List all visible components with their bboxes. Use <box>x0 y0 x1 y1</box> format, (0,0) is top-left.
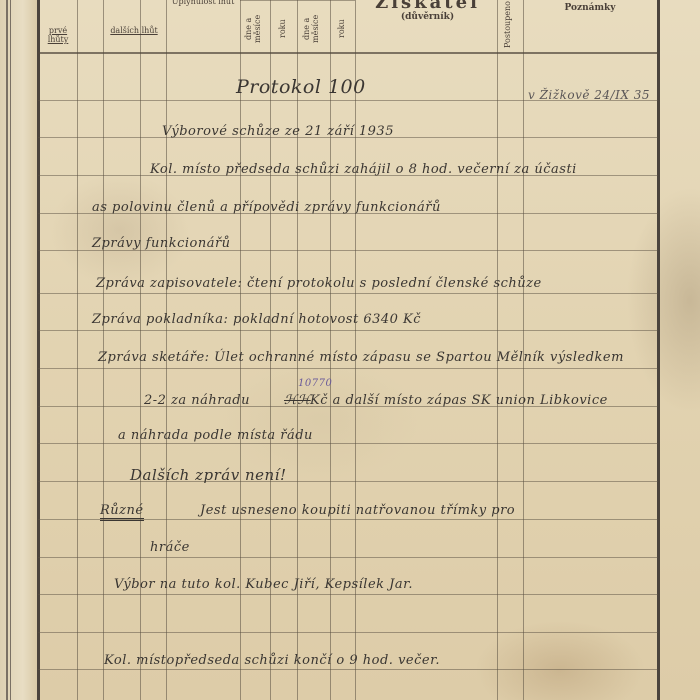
protocol-line: hráče <box>150 540 190 555</box>
column-header-uplynulost-lhut: Uplynulost lhůt <box>168 0 238 7</box>
binding-line <box>6 0 8 700</box>
binding-line <box>10 0 11 700</box>
protocol-line: Dalších zpráv není! <box>130 466 286 484</box>
protocol-line: Kol. místo předseda schůzi zahájil o 8 h… <box>150 162 577 177</box>
rule-line <box>38 669 658 670</box>
protocol-line: Zpráva zapisovatele: čtení protokolu s p… <box>96 276 542 291</box>
column-header-dne-a-mesice-1: dne a měsíce <box>244 10 266 48</box>
header-subdivider <box>240 0 355 1</box>
grid-line <box>77 0 78 700</box>
rule-line <box>38 330 658 331</box>
rule-line <box>38 632 658 633</box>
column-header-roku-1: roku <box>278 14 290 44</box>
protocol-line: Výbor na tuto kol. Kubec Jiří, Kepsílek … <box>114 577 413 592</box>
rule-line <box>38 368 658 369</box>
protocol-line: as polovinu členů a přípovědi zprávy fun… <box>92 200 441 215</box>
amount-correction: 10770 <box>298 378 332 389</box>
protocol-line: Kol. místopředseda schůzi končí o 9 hod.… <box>104 653 440 668</box>
protocol-line: Kč a další místo zápas SK union Libkovic… <box>310 393 608 408</box>
rule-line <box>38 293 658 294</box>
header-divider <box>38 52 658 54</box>
grid-border-right <box>657 0 660 700</box>
column-header-dalsich-lhut: dalších lhůt <box>104 26 164 35</box>
amount-struck: ℋℋ <box>284 393 311 408</box>
column-header-ziskatel-sub: (důvěrník) <box>360 12 495 22</box>
protocol-line: Zprávy funkcionářů <box>92 236 231 251</box>
column-header-postoupeno: Postoupeno <box>503 2 517 48</box>
ledger-page: prvé lhůty dalších lhůt Uplynulost lhůt … <box>0 0 700 700</box>
protocol-title: Protokol 100 <box>236 76 366 98</box>
rule-line <box>38 594 658 595</box>
protocol-line: Zpráva sketáře: Úlet ochranné místo zápa… <box>98 350 624 365</box>
protocol-line: Výborové schůze ze 21 září 1935 <box>162 124 394 139</box>
protocol-line: a náhrada podle místa řádu <box>118 428 313 443</box>
rule-line <box>38 557 658 558</box>
column-header-dne-a-mesice-2: dne a měsíce <box>302 10 324 48</box>
protocol-place-date: v Žižkově 24/IX 35 <box>528 88 650 102</box>
protocol-section-ruzne: Různé <box>100 503 144 521</box>
protocol-line: Jest usneseno koupiti natřovanou třímky … <box>200 503 515 518</box>
column-header-roku-2: roku <box>337 14 349 44</box>
column-header-prve-lhuty: prvé lhůty <box>40 26 76 44</box>
grid-border-left <box>37 0 40 700</box>
protocol-line: 2-2 za náhradu <box>144 393 250 408</box>
rule-line <box>38 443 658 444</box>
column-header-poznamky: Poznámky <box>525 3 655 13</box>
protocol-line: Zpráva pokladníka: pokladní hotovost 634… <box>92 312 421 327</box>
